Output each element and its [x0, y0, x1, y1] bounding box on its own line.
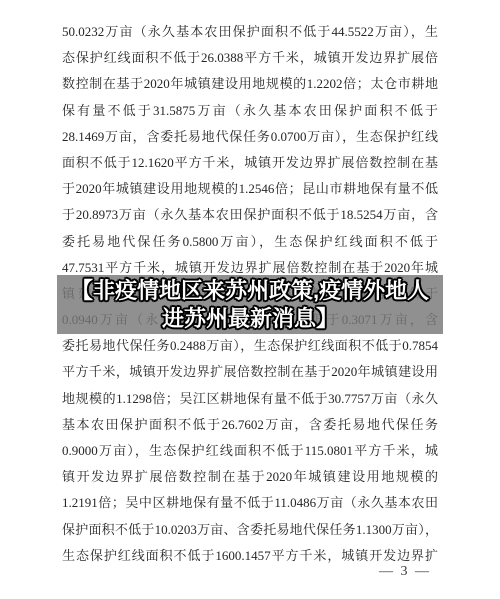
document-line: 50.0232万亩（永久基本农田保护面积不低于44.5522万亩），生 [62, 19, 438, 45]
document-line: 面积不低于12.1620平方千米，城镇开发边界扩展倍数控制在基 [62, 150, 438, 176]
document-page: 50.0232万亩（永久基本农田保护面积不低于44.5522万亩），生 态保护红… [0, 0, 500, 599]
document-line: 保有量不低于31.5875万亩（永久基本农田保护面积不低于 [62, 98, 438, 124]
document-line: 镇开发边界扩展倍数控制在基于2020年城镇建设用地规模的 [62, 464, 438, 490]
document-line: 委托易地代保任务0.5800万亩），生态保护红线面积不低于 [62, 229, 438, 255]
document-line: 基本农田保护面积不低于26.7602万亩，含委托易地代保任务 [62, 412, 438, 438]
document-line: 0.9000万亩），生态保护红线面积不低于115.0801平方千米，城 [62, 438, 438, 464]
document-line: 地规模的1.1298倍；吴江区耕地保有量不低于30.7757万亩（永久 [62, 386, 438, 412]
document-line: 委托易地代保任务0.2488万亩），生态保护红线面积不低于0.7854 [62, 333, 438, 359]
caption-overlay-banner: 【非疫情地区来苏州政策,疫情外地人 进苏州最新消息】 [57, 275, 443, 334]
document-line: 于2020年城镇建设用地规模的1.2546倍；昆山市耕地保有量不低 [62, 176, 438, 202]
document-line: 态保护红线面积不低于26.0388平方千米，城镇开发边界扩展倍 [62, 45, 438, 71]
document-line: 1.2191倍；吴中区耕地保有量不低于11.0486万亩（永久基本农田 [62, 490, 438, 516]
document-line: 保护面积不低于10.0203万亩、含委托易地代保任务1.1300万亩）， [62, 517, 438, 543]
document-line: 28.1469万亩，含委托易地代保任务0.0700万亩），生态保护红线 [62, 124, 438, 150]
document-line: 于20.8973万亩（永久基本农田保护面积不低于18.5254万亩，含 [62, 202, 438, 228]
document-line: 平方千米，城镇开发边界扩展倍数控制在基于2020年城镇建设用 [62, 359, 438, 385]
caption-overlay-line2: 进苏州最新消息】 [162, 305, 338, 333]
page-number: — 3 — [350, 563, 460, 581]
caption-overlay-line1: 【非疫情地区来苏州政策,疫情外地人 [71, 277, 429, 305]
document-line: 数控制在基于2020年城镇建设用地规模的1.2202倍；太仓市耕地 [62, 71, 438, 97]
